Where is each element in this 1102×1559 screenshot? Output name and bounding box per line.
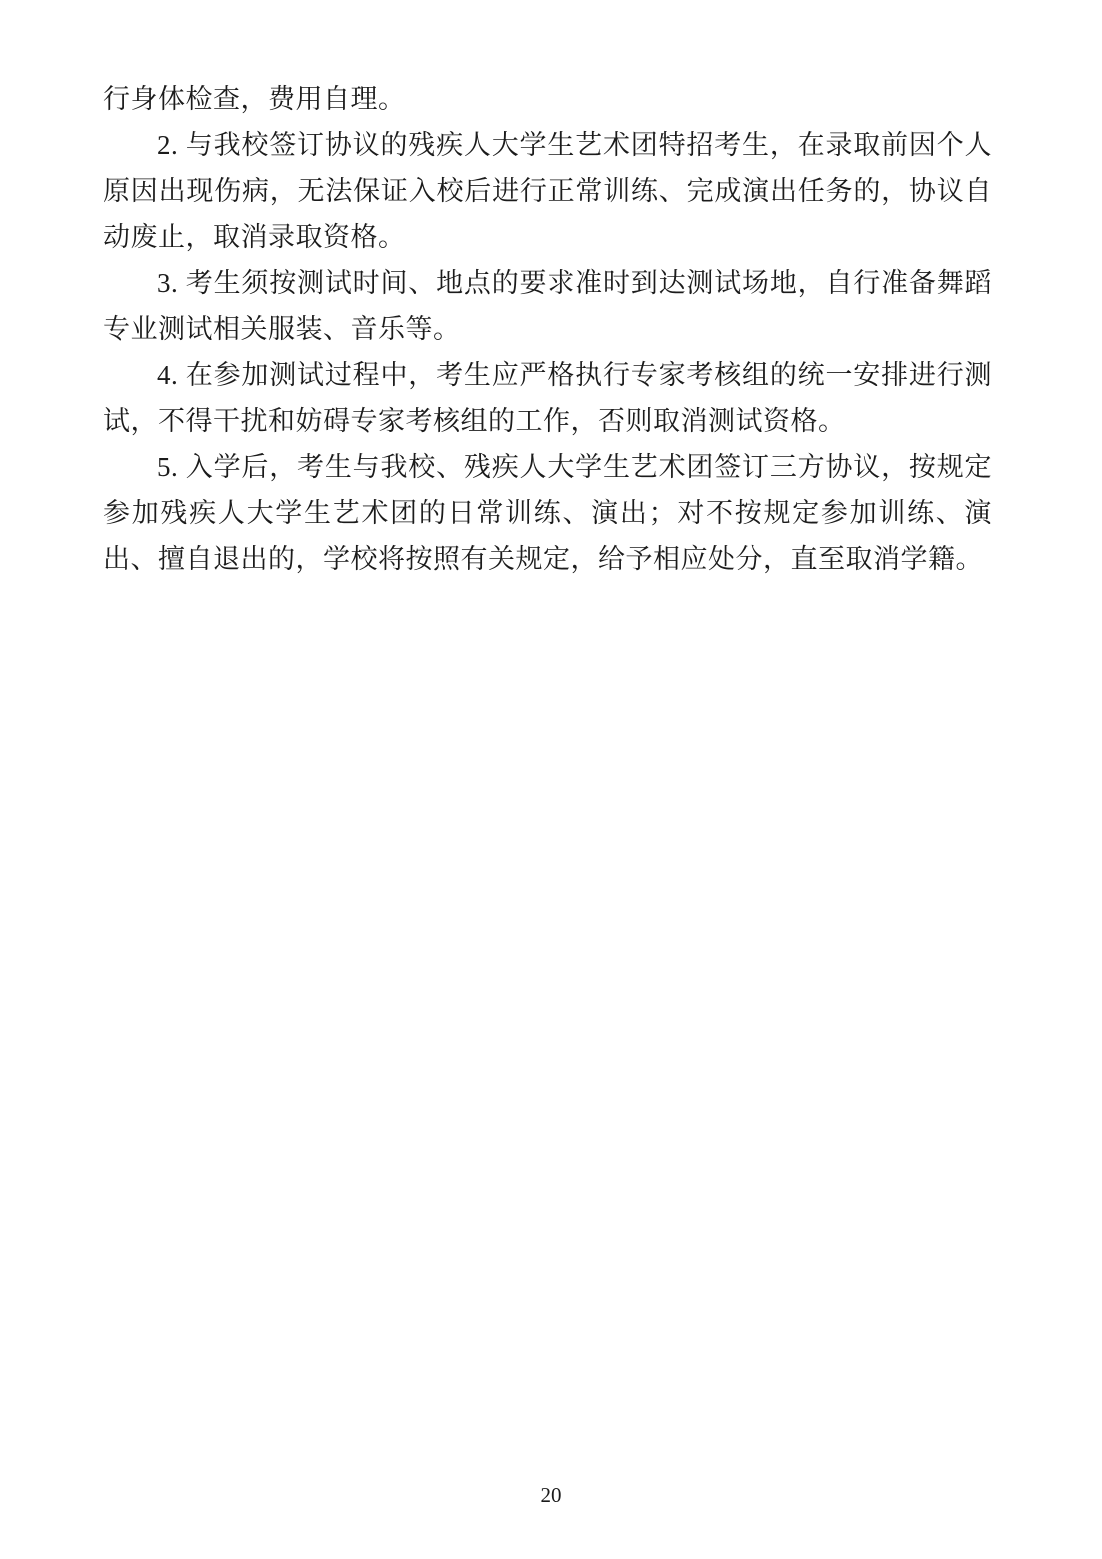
paragraph: 4. 在参加测试过程中，考生应严格执行专家考核组的统一安排进行测试，不得干扰和妨… bbox=[103, 352, 992, 444]
paragraph: 2. 与我校签订协议的残疾人大学生艺术团特招考生，在录取前因个人原因出现伤病，无… bbox=[103, 122, 992, 260]
paragraph: 3. 考生须按测试时间、地点的要求准时到达测试场地，自行准备舞蹈专业测试相关服装… bbox=[103, 260, 992, 352]
document-body: 行身体检查，费用自理。2. 与我校签订协议的残疾人大学生艺术团特招考生，在录取前… bbox=[103, 76, 992, 582]
paragraph: 行身体检查，费用自理。 bbox=[103, 76, 992, 122]
paragraph: 5. 入学后，考生与我校、残疾人大学生艺术团签订三方协议，按规定参加残疾人大学生… bbox=[103, 444, 992, 582]
page-number: 20 bbox=[0, 1483, 1102, 1508]
document-page: 行身体检查，费用自理。2. 与我校签订协议的残疾人大学生艺术团特招考生，在录取前… bbox=[0, 0, 1102, 1559]
